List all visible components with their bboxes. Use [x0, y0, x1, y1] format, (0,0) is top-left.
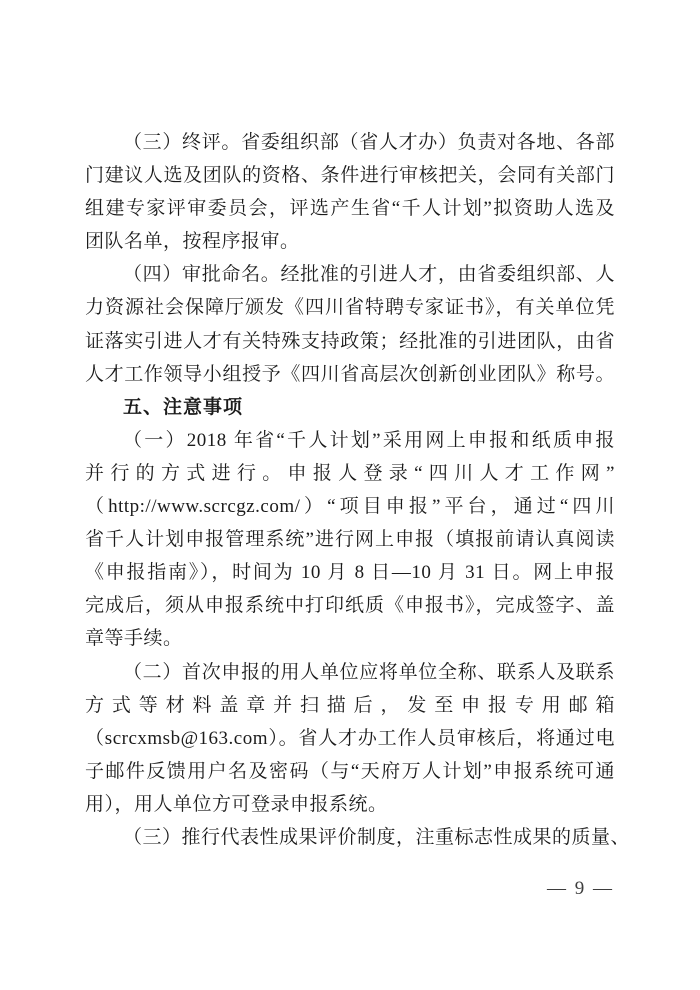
doc-line: 《申报指南》），时间为 10 月 8 日—10 月 31 日。网上申报	[85, 556, 615, 589]
doc-line-email: （scrcxmsb@163.com）。省人才办工作人员审核后，将通过电	[85, 722, 615, 755]
doc-line: （二）首次申报的用人单位应将单位全称、联系人及联系	[85, 656, 615, 689]
document-page: （三）终评。省委组织部（省人才办）负责对各地、各部 门建议人选及团队的资格、条件…	[0, 0, 700, 990]
doc-line-url: （http://www.scrcgz.com/）“项目申报”平台，通过“四川	[85, 490, 615, 523]
doc-line: 用），用人单位方可登录申报系统。	[85, 788, 615, 821]
doc-line: 子邮件反馈用户名及密码（与“天府万人计划”申报系统可通	[85, 755, 615, 788]
page-number: — 9 —	[547, 877, 614, 901]
doc-line: 省千人计划申报管理系统”进行网上申报（填报前请认真阅读	[85, 523, 615, 556]
doc-line: （四）审批命名。经批准的引进人才，由省委组织部、人	[85, 258, 615, 291]
doc-line: 章等手续。	[85, 622, 615, 655]
doc-line: 组建专家评审委员会，评选产生省“千人计划”拟资助人选及	[85, 192, 615, 225]
doc-line: （三）推行代表性成果评价制度，注重标志性成果的质量、	[85, 821, 615, 854]
doc-line: 方式等材料盖章并扫描后，发至申报专用邮箱	[85, 689, 615, 722]
doc-line: 完成后，须从申报系统中打印纸质《申报书》，完成签字、盖	[85, 589, 615, 622]
doc-line: 力资源社会保障厅颁发《四川省特聘专家证书》，有关单位凭	[85, 291, 615, 324]
doc-line: 门建议人选及团队的资格、条件进行审核把关，会同有关部门	[85, 159, 615, 192]
doc-line: 团队名单，按程序报审。	[85, 225, 615, 258]
document-body: （三）终评。省委组织部（省人才办）负责对各地、各部 门建议人选及团队的资格、条件…	[85, 126, 615, 854]
doc-line: 证落实引进人才有关特殊支持政策；经批准的引进团队，由省	[85, 325, 615, 358]
section-heading: 五、注意事项	[85, 391, 615, 424]
doc-line: 人才工作领导小组授予《四川省高层次创新创业团队》称号。	[85, 358, 615, 391]
doc-line: （一）2018 年省“千人计划”采用网上申报和纸质申报	[85, 424, 615, 457]
doc-line: 并行的方式进行。申报人登录“四川人才工作网”	[85, 457, 615, 490]
doc-line: （三）终评。省委组织部（省人才办）负责对各地、各部	[85, 126, 615, 159]
